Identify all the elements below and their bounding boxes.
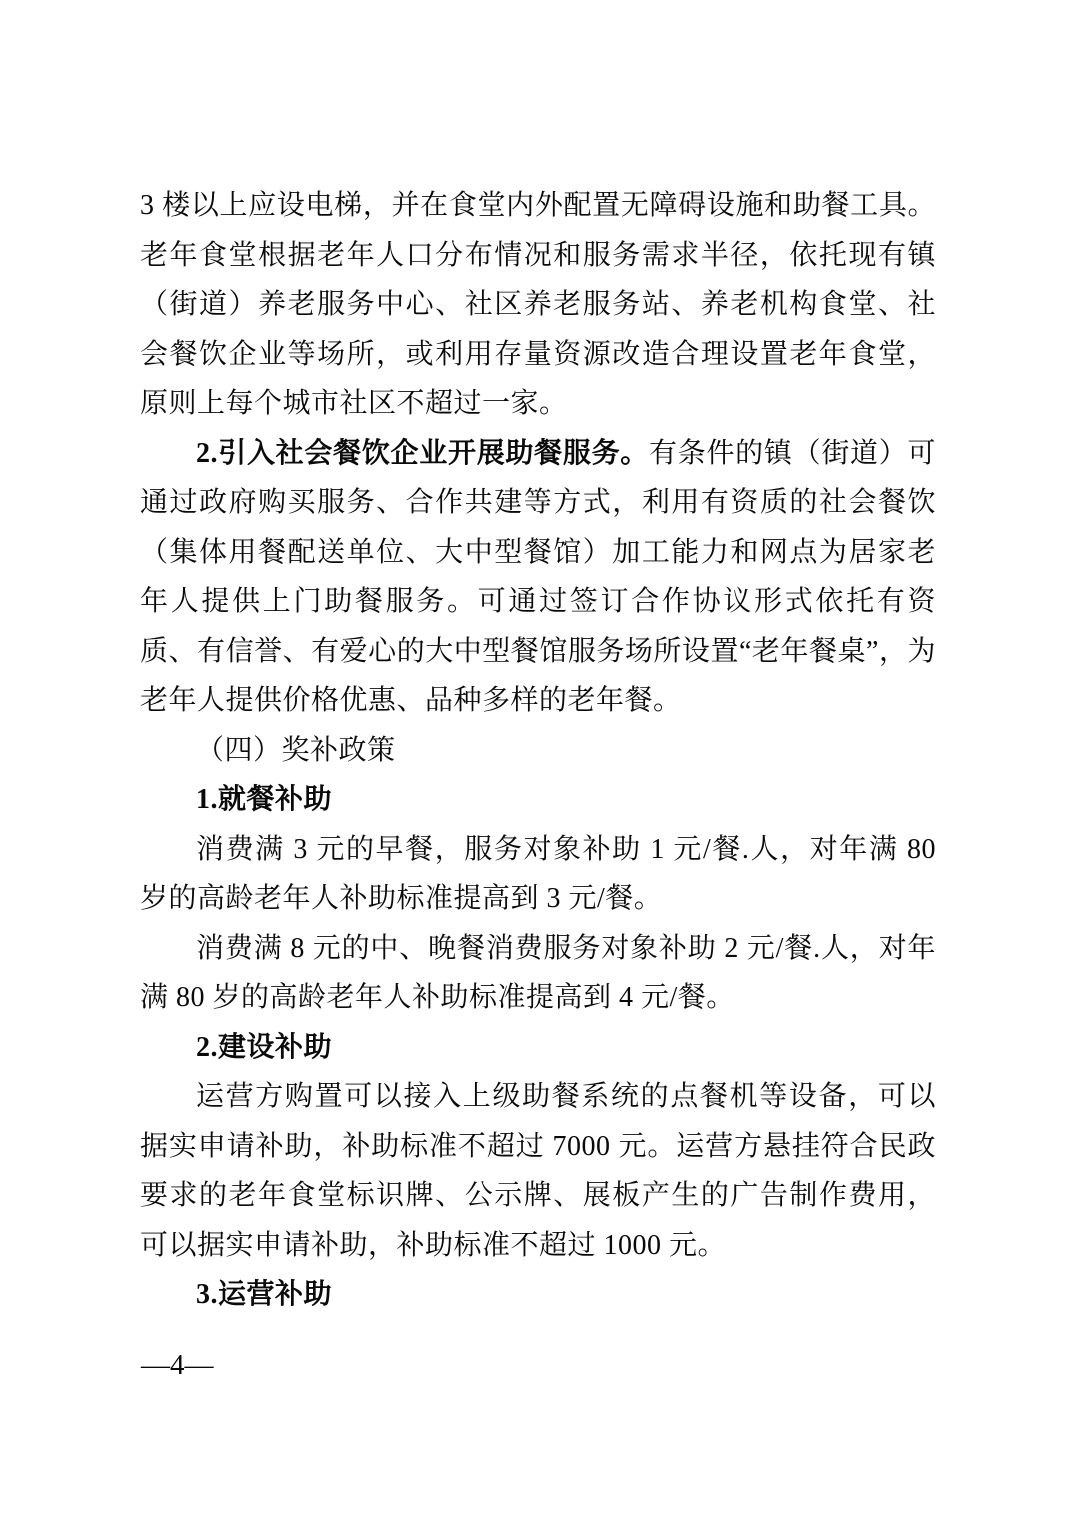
measure-2-body-text: 有条件的镇（街道）可通过政府购买服务、合作共建等方式，利用有资质的社会餐饮（集体… xyxy=(140,438,936,717)
paragraph-subsidy-1-lunch-dinner: 消费满 8 元的中、晚餐消费服务对象补助 2 元/餐.人，对年满 80 岁的高龄… xyxy=(140,924,936,1023)
paragraph-continuation: 3 楼以上应设电梯，并在食堂内外配置无障碍设施和助餐工具。老年食堂根据老年人口分… xyxy=(140,181,936,429)
paragraph-measure-2: 2.引入社会餐饮企业开展助餐服务。有条件的镇（街道）可通过政府购买服务、合作共建… xyxy=(140,429,936,726)
page-number: —4— xyxy=(141,1348,214,1382)
heading-subsidy-3-operation: 3.运营补助 xyxy=(140,1270,936,1320)
heading-subsidy-1-dining: 1.就餐补助 xyxy=(140,775,936,825)
paragraph-subsidy-2-equipment: 运营方购置可以接入上级助餐系统的点餐机等设备，可以据实申请补助，补助标准不超过 … xyxy=(140,1072,936,1270)
measure-2-bold-lead: 2.引入社会餐饮企业开展助餐服务。 xyxy=(196,438,649,469)
document-body: 3 楼以上应设电梯，并在食堂内外配置无障碍设施和助餐工具。老年食堂根据老年人口分… xyxy=(140,181,936,1320)
heading-section-four: （四）奖补政策 xyxy=(140,726,936,776)
heading-subsidy-2-construction: 2.建设补助 xyxy=(140,1023,936,1073)
paragraph-subsidy-1-breakfast: 消费满 3 元的早餐，服务对象补助 1 元/餐.人，对年满 80 岁的高龄老年人… xyxy=(140,825,936,924)
document-page: 3 楼以上应设电梯，并在食堂内外配置无障碍设施和助餐工具。老年食堂根据老年人口分… xyxy=(0,0,1074,1520)
